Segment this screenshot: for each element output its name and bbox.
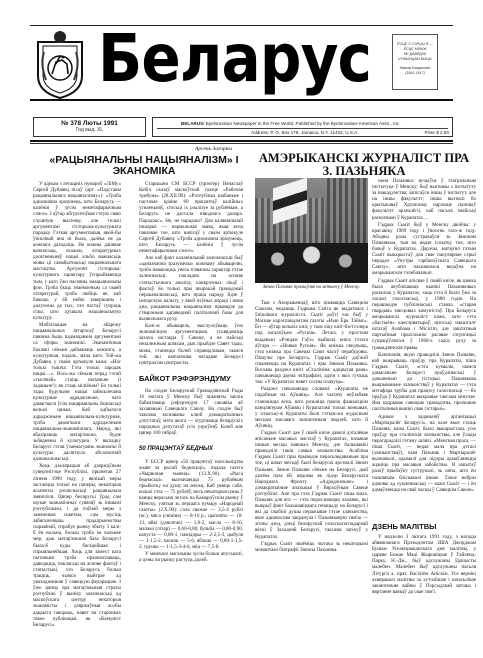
paragraph: Камзпанія, якую праводзілі Зянон Пазьняк… bbox=[372, 352, 476, 413]
headline-boycott-referendum: БАЙКОТ РЭФЭРЭНДУМУ bbox=[139, 374, 243, 383]
issue-box: № 378 Люты 1991 Год выд. XL bbox=[33, 117, 146, 137]
paragraph: Гэдрык Сьміт знаёміць чытача зь некаторы… bbox=[255, 541, 368, 553]
publisher-tagline: / Byelorussian Newspaper in the Free Wor… bbox=[203, 121, 400, 126]
paragraph: Адным з заданьняў арганізацыі «Мартыралё… bbox=[372, 414, 476, 493]
paragraph: нона Пазьняка: вучыўся ў тэатральным інс… bbox=[372, 178, 476, 221]
masthead: Беларус ЁСЦЕ У СЭРЦЫ Я — ЁСЦЕ МІРАЖ НЕ Д… bbox=[30, 25, 453, 101]
headline-prayer-day: ДЗЕНЬ МАЛІТВЫ bbox=[372, 522, 476, 531]
divider bbox=[30, 140, 453, 142]
paragraph: У мяжчасе магазыны зусім больш апусьцелі… bbox=[139, 551, 243, 563]
paragraph: Мабілізацыя на абарону нацыянальных інта… bbox=[33, 322, 121, 462]
publisher-box: BELARUS/ Byelorussian Newspaper in the F… bbox=[152, 117, 453, 137]
paragraph: Тыя з Амэрыканцаў, што цікавяцца Савецкі… bbox=[255, 300, 368, 385]
paragraph: Калі-ж абывацель, выслухоўваць ўсю экана… bbox=[139, 323, 243, 366]
paragraph: У БССР цяпер «50 працэнтаў насельніцтва … bbox=[139, 459, 243, 550]
article-column-3: Тыя з Амэрыканцаў, што цікавяцца Савецкі… bbox=[255, 300, 368, 651]
price: Prise $ 2.50 bbox=[424, 130, 449, 135]
paragraph: На сходзе Беларускай Грамадзянскай Рады … bbox=[139, 388, 243, 437]
divider bbox=[30, 143, 453, 144]
photo-caption: Зянон Пазьняк прамаўляе на мітынгу ў Мен… bbox=[255, 285, 368, 291]
headline-50-percent-poor: 50 ПРАЦЭНТАЎ БЕДНЫХ bbox=[139, 445, 243, 454]
headline-rational-nationalism: «РАЦЫЯНАЛЬНЫ НАЦЫЯНАЛІЗМ» І ЭКАНОМІКА bbox=[40, 155, 248, 177]
building-shape bbox=[327, 178, 368, 248]
paragraph: Гэдрык Сьміт апісвае ў сваёй кнізе, як ц… bbox=[372, 278, 476, 351]
paragraph: У адным з летащніх нумароў «ЛіМу» Сяргей… bbox=[33, 181, 121, 321]
publisher-address: Address: P. O. Box 178, Jamaica, N.Y. 11… bbox=[251, 130, 359, 135]
article-column-2: Старшыня СМ БССР (прэм'ер) Вячаслаў Кебі… bbox=[139, 181, 243, 651]
pahonia-coat-of-arms-icon bbox=[34, 28, 86, 100]
crowd-shape bbox=[255, 243, 368, 283]
epigraph-line: ЧУЖЫНЦАМ БЫЦЬ! bbox=[393, 57, 437, 62]
divider bbox=[157, 128, 448, 129]
article-author: Арсень Загорны bbox=[195, 146, 232, 152]
paragraph: Старшыня СМ БССР (прэм'ер) Вячаслаў Кебі… bbox=[139, 181, 243, 254]
paragraph: Але каб факт каланіяльнай залежнасьці бы… bbox=[139, 255, 243, 322]
paragraph: Раздзел пачынаецца словамі: «Курапаты не… bbox=[255, 386, 368, 429]
issue-year: Год выд. XL bbox=[34, 127, 145, 133]
epigraph-years: (1891-1917) bbox=[393, 71, 437, 76]
article-column-4: нона Пазьняка: вучыўся ў тэатральным інс… bbox=[372, 178, 476, 518]
epigraph-box: ЁСЦЕ У СЭРЦЫ Я — ЁСЦЕ МІРАЖ НЕ ДАВЯДЗЕ Ч… bbox=[392, 34, 438, 90]
paragraph: Гэдрык Сьміт дае ў сваёй кнізе даволі дэ… bbox=[255, 430, 368, 540]
issue-number: № 378 Люты 1991 bbox=[34, 120, 145, 127]
paragraph: Гэдрык Сьміт быў у Менску двойчы: у крас… bbox=[372, 222, 476, 277]
photo-pazniak-rally bbox=[255, 178, 368, 283]
publisher-name: BELARUS bbox=[181, 121, 203, 126]
headline-american-journalist: АМЭРЫКАНСКІ ЖУРНАЛІСТ ПРА З. ПАЗЬНЯКА bbox=[255, 152, 473, 177]
article-column-1: У адным з летащніх нумароў «ЛіМу» Сяргей… bbox=[33, 181, 121, 651]
paragraph: Хоць дэклярацыя аб дзяржаўным суверэнітэ… bbox=[33, 463, 121, 628]
paragraph: У нядзелю 3 лютага 1991 году, з нагоды а… bbox=[372, 534, 476, 595]
article-prayer-day: ДЗЕНЬ МАЛІТВЫ У нядзелю 3 лютага 1991 го… bbox=[372, 520, 476, 651]
newspaper-title: Беларус bbox=[98, 20, 371, 97]
